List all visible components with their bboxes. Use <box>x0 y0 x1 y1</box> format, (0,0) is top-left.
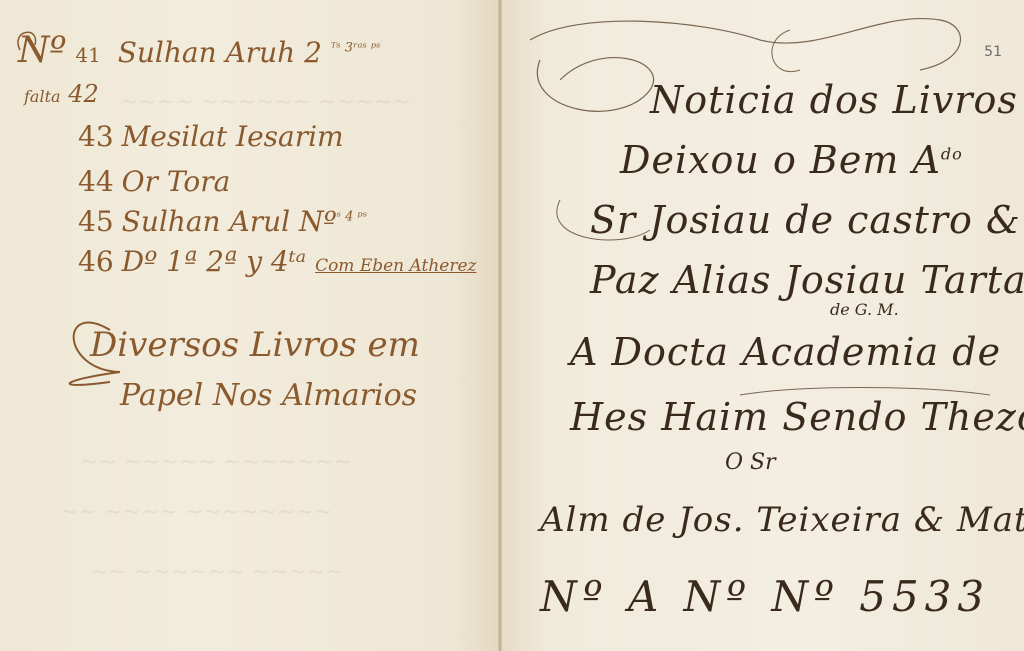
entry-41: Nº 41 Sulhan Aruh 2 ᵀˢ 3ʳᵃˢ ᵖˢ <box>18 30 381 71</box>
section-heading-line-1: Diversos Livros em <box>90 325 420 365</box>
title-line-6: Hes Haim Sendo Thezoro <box>570 395 1024 439</box>
entry-45: 45Sulhan Arul Nºˢ 4 ᵖˢ <box>78 205 367 238</box>
bleed-through-text: ~~ ~~~~~ ~~~~~~~ <box>80 450 352 475</box>
title-line-7: Alm de Jos. Teixeira & Mattos <box>540 500 1024 540</box>
title-line-4: Paz Alias Josiau Tartas <box>590 258 1024 302</box>
book-gutter <box>498 0 502 651</box>
title-line-3: Sr Josiau de castro & <box>590 198 1021 242</box>
annotation-de-gm: de G. M. <box>830 300 899 319</box>
bleed-through-text: ~~~~ ~~~~~~ ~~~~~ <box>120 90 411 115</box>
title-line-5: A Docta Academia de <box>570 330 1001 374</box>
title-line-2: Deixou o Bem Ado <box>620 138 963 182</box>
annotation-o-sr: O Sr <box>725 450 776 475</box>
bleed-through-text: ~~ ~~~~ ~~~~~~~~ <box>60 500 332 525</box>
manuscript-spread: ~~~~ ~~~~~~ ~~~~~ ~~ ~~~~~ ~~~~~~~ ~~ ~~… <box>0 0 1024 651</box>
page-number: 51 <box>984 44 1002 60</box>
entry-43: 43Mesilat Iesarim <box>78 120 344 153</box>
entry-44: 44Or Tora <box>78 165 230 198</box>
entry-46: 46Dº 1ª 2ª y 4ᵗᵃ Com Eben Atherez <box>78 245 477 278</box>
title-line-8: Nº A Nº Nº 5533 <box>540 572 990 621</box>
right-page: 51 Noticia dos Livros que Deixou o Bem A… <box>500 0 1024 651</box>
title-line-1: Noticia dos Livros que <box>650 78 1024 122</box>
section-heading-line-2: Papel Nos Almarios <box>120 378 417 413</box>
left-page: ~~~~ ~~~~~~ ~~~~~ ~~ ~~~~~ ~~~~~~~ ~~ ~~… <box>0 0 500 651</box>
entry-42: falta 42 <box>24 80 99 108</box>
bleed-through-text: ~~ ~~~~~~ ~~~~~ <box>90 560 344 585</box>
